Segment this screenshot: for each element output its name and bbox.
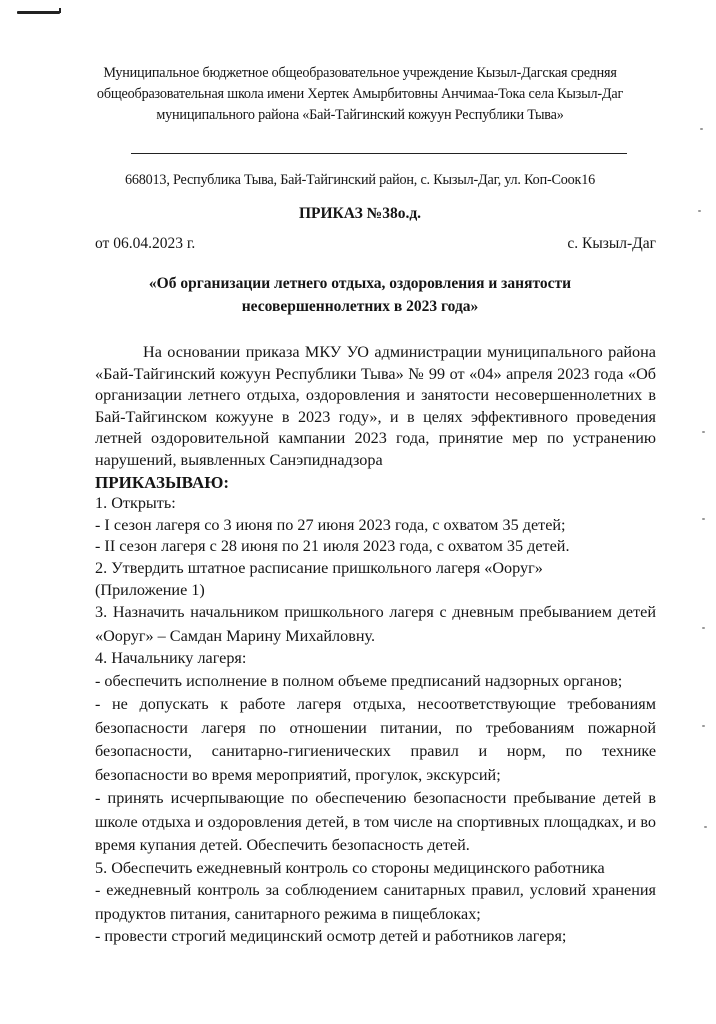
order-place: с. Кызыл-Даг [567,235,656,253]
order-item: - ежедневный контроль за соблюдением сан… [95,879,656,926]
preamble-paragraph: На основании приказа МКУ УО администраци… [95,342,656,472]
scan-speck [702,725,705,727]
institution-line: муниципального района «Бай-Тайгинский ко… [60,105,660,126]
scan-speck [698,210,701,212]
order-item: - II сезон лагеря с 28 июня по 21 июля 2… [95,536,656,558]
scan-corner-mark [17,11,60,14]
institution-line: общеобразовательная школа имени Хертек А… [60,84,660,105]
order-item: 1. Открыть: [95,493,656,515]
order-item: - провести строгий медицинский осмотр де… [95,926,656,948]
order-date: от 06.04.2023 г. [95,235,195,253]
order-item: 2. Утвердить штатное расписание пришколь… [95,558,656,580]
institution-address: 668013, Республика Тыва, Бай-Тайгинский … [60,172,660,189]
scan-speck [704,826,707,828]
institution-header: Муниципальное бюджетное общеобразователь… [60,63,660,126]
order-item: - принять исчерпывающие по обеспечению б… [95,787,656,858]
scan-speck [702,431,705,433]
order-subject-line: «Об организации летнего отдыха, оздоровл… [60,272,660,295]
order-body: На основании приказа МКУ УО администраци… [95,342,656,948]
scan-speck [700,128,703,130]
scan-speck [702,518,705,520]
order-subject: «Об организации летнего отдыха, оздоровл… [60,272,660,318]
order-title: ПРИКАЗ №38о.д. [60,205,660,223]
order-item: 3. Назначить начальником пришкольного ла… [95,601,656,648]
order-directive: ПРИКАЗЫВАЮ: [95,472,656,494]
order-item: - I сезон лагеря со 3 июня по 27 июня 20… [95,515,656,537]
institution-line: Муниципальное бюджетное общеобразователь… [60,63,660,84]
order-subject-line: несовершеннолетних в 2023 года» [60,295,660,318]
order-item: 5. Обеспечить ежедневный контроль со сто… [95,858,656,880]
order-item: 4. Начальнику лагеря: [95,648,656,670]
order-item: - обеспечить исполнение в полном объеме … [95,670,656,694]
order-date-place: от 06.04.2023 г. с. Кызыл-Даг [95,235,656,253]
order-item: (Приложение 1) [95,580,656,602]
order-item: - не допускать к работе лагеря отдыха, н… [95,693,656,787]
header-divider [131,153,627,154]
scan-speck [702,627,705,629]
